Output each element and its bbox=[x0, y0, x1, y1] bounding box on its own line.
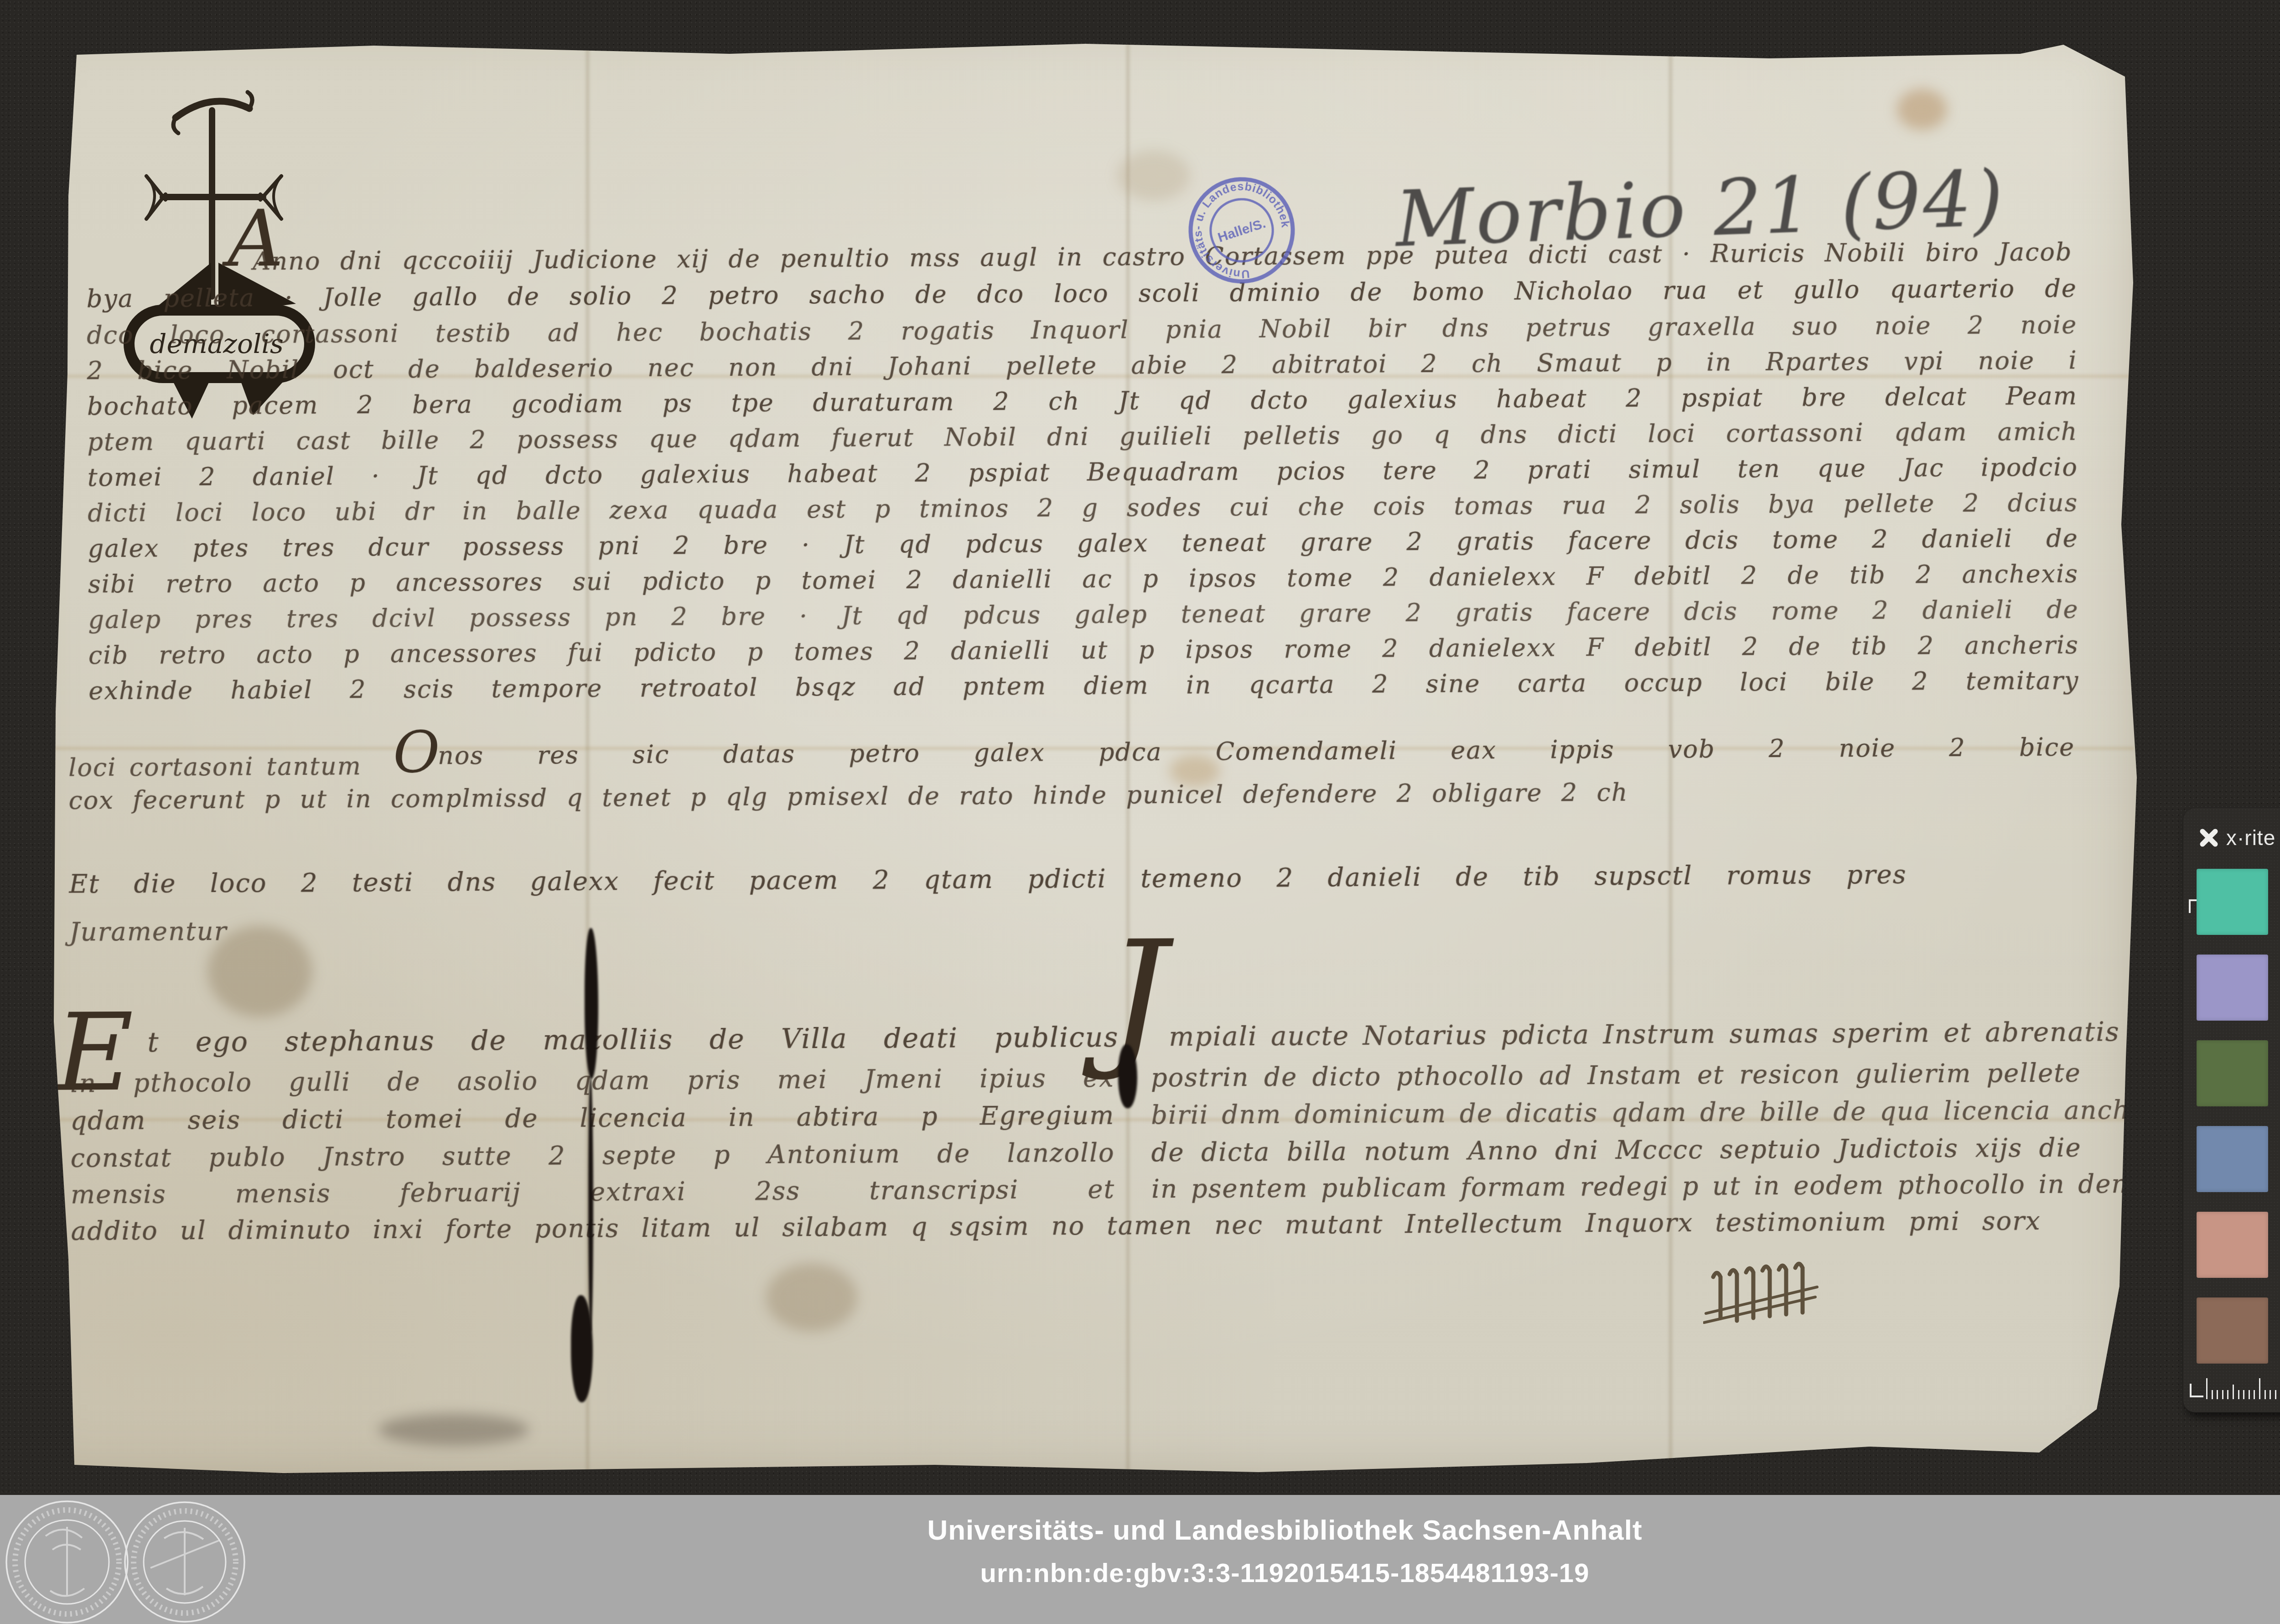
crop-mark-icon bbox=[2190, 1384, 2203, 1397]
manuscript-line: addito ul diminuto inxi forte pontis lit… bbox=[71, 1206, 2041, 1246]
manuscript-line: nos res sic datas petro galex pdca Comen… bbox=[438, 733, 2075, 770]
manuscript-line: galep pres tres dcivl possess pn 2 bre ·… bbox=[88, 595, 2078, 634]
manuscript-line: in psentem publicam formam redegi p ut i… bbox=[1151, 1169, 2082, 1204]
manuscript-line: bochato pacem 2 bera gcodiam ps tpe dura… bbox=[87, 381, 2078, 420]
manuscript-initial: E bbox=[55, 999, 134, 1107]
manuscript-line: loci cortasoni tantum bbox=[68, 752, 301, 782]
manuscript-line: cox fecerunt p ut in complmissd q tenet … bbox=[68, 778, 1628, 815]
footer-urn: urn:nbn:de:gbv:3:3-1192015415-1854481193… bbox=[0, 1558, 2280, 1588]
manuscript-line: t ego stephanus de mazolliis de Villa de… bbox=[147, 1022, 1119, 1058]
manuscript-line: tomei 2 daniel · Jt qd dcto galexius hab… bbox=[88, 452, 2078, 492]
ink-blot bbox=[1118, 1044, 1137, 1108]
colorchecker-header: x·rite colorchecker CLASSIC bbox=[2183, 819, 2280, 863]
color-patch bbox=[2197, 869, 2268, 935]
manuscript-line: galex ptes tres dcur possess pni 2 bre ·… bbox=[88, 524, 2078, 563]
ruler-tick bbox=[2264, 1390, 2266, 1399]
manuscript-line: de dicta billa notum Anno dni Mcccc sept… bbox=[1151, 1133, 2082, 1167]
manuscript-initial: A bbox=[228, 200, 284, 278]
manuscript-initial: O bbox=[393, 724, 440, 781]
manuscript-line: ptem quarti cast bille 2 possess que qda… bbox=[87, 417, 2078, 456]
ruler-tick bbox=[2249, 1390, 2250, 1399]
manuscript-line: postrin de dicto pthocollo ad Instam et … bbox=[1151, 1058, 2081, 1093]
xrite-brand: x·rite bbox=[2197, 825, 2275, 850]
color-patch bbox=[2197, 955, 2268, 1021]
parchment-charter: demazolis Anno dni qcccoiiij Judicione x… bbox=[0, 0, 2152, 1491]
footer-bar: Universitäts- und Landesbibliothek Sachs… bbox=[0, 1495, 2280, 1624]
manuscript-line: cib retro acto p ancessores fui pdicto p… bbox=[88, 630, 2079, 669]
scan-canvas: demazolis Anno dni qcccoiiij Judicione x… bbox=[0, 0, 2280, 1624]
manuscript-line: Juramentur bbox=[69, 916, 261, 947]
color-patch bbox=[2197, 1212, 2268, 1278]
ruler-tick bbox=[2227, 1390, 2228, 1399]
ruler-tick bbox=[2222, 1390, 2223, 1399]
manuscript-line: birii dnm dominicum de dicatis qdam dre … bbox=[1151, 1095, 2081, 1130]
stamp-center-text: Halle/S. bbox=[1216, 216, 1268, 245]
manuscript-initial: J bbox=[1107, 921, 1168, 1072]
manuscript-line: bya pelleta · Jolle gallo de solio 2 pet… bbox=[87, 274, 2077, 313]
mm-ruler bbox=[2206, 1373, 2280, 1399]
ruler-tick bbox=[2254, 1390, 2255, 1399]
ruler-tick bbox=[2233, 1385, 2234, 1399]
ruler-tick bbox=[2243, 1390, 2244, 1399]
ruler-tick bbox=[2270, 1390, 2271, 1399]
ruler-tick bbox=[2275, 1390, 2276, 1399]
xrite-brand-text: x·rite bbox=[2226, 825, 2275, 850]
ruler-tick bbox=[2206, 1378, 2207, 1399]
color-patch bbox=[2197, 1297, 2268, 1364]
manuscript-line: 2 bice Nobil oct de baldeserio nec non d… bbox=[87, 346, 2078, 385]
colorchecker-card: x·rite colorchecker CLASSIC + mm bbox=[2183, 808, 2280, 1412]
ruler-tick bbox=[2217, 1390, 2218, 1399]
manuscript-line: sibi retro acto p ancessores sui pdicto … bbox=[88, 559, 2078, 598]
ruler-tick bbox=[2238, 1390, 2239, 1399]
manuscript-line: dicti loci loco ubi dr in balle zexa qua… bbox=[88, 488, 2078, 527]
color-patch bbox=[2197, 1126, 2268, 1192]
cancellation-mark-icon bbox=[1703, 1259, 1822, 1332]
manuscript-line: dco loco cortassoni testib ad hec bochat… bbox=[87, 310, 2077, 349]
manuscript-line: exhinde habiel 2 scis tempore retroatol … bbox=[88, 666, 2079, 705]
color-patch bbox=[2197, 1040, 2268, 1106]
xrite-logo-icon bbox=[2197, 826, 2221, 850]
manuscript-line: mpiali aucte Notarius pdicta Instrum sum… bbox=[1169, 1016, 2081, 1052]
footer-institution: Universitäts- und Landesbibliothek Sachs… bbox=[0, 1514, 2280, 1546]
manuscript-line: Et die loco 2 testi dns galexx fecit pac… bbox=[69, 860, 1907, 899]
ruler-tick bbox=[2259, 1378, 2260, 1399]
ruler-tick bbox=[2212, 1390, 2213, 1399]
colorchecker-patch-grid bbox=[2197, 869, 2280, 1364]
